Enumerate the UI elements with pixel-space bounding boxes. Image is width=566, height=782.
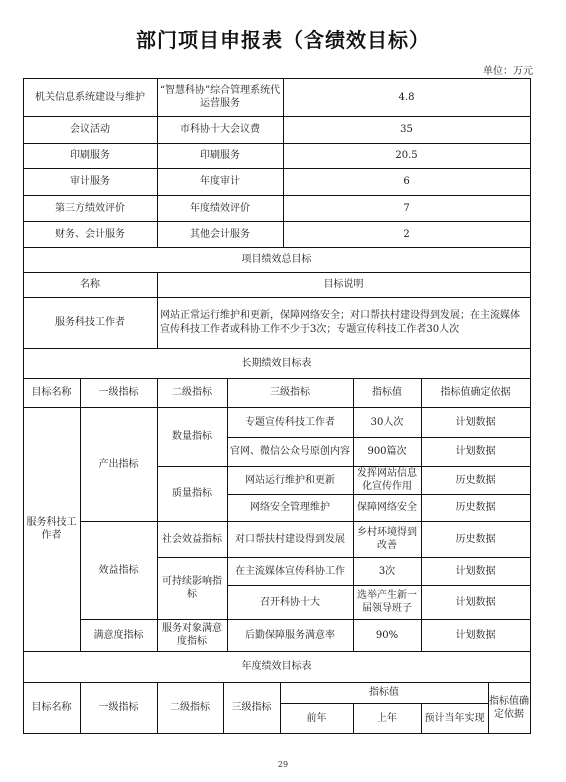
level2-indicator: 社会效益指标 (157, 521, 227, 557)
long-term-goal-name: 服务科技工作者 (23, 407, 80, 651)
indicator-basis: 历史数据 (421, 494, 530, 521)
level3-indicator: 召开科协十大 (227, 585, 353, 619)
col-header: 一级指标 (80, 378, 157, 407)
budget-item: 其他会计服务 (157, 221, 283, 247)
col-header: 二级指标 (157, 378, 227, 407)
col-header: 指标值确定依据 (421, 378, 530, 407)
level2-indicator: 质量指标 (157, 466, 227, 521)
annual-col-header: 目标名称 (23, 682, 80, 733)
indicator-value: 保障网络安全 (353, 494, 421, 521)
annual-col-header: 一级指标 (80, 682, 157, 733)
budget-amount: 6 (283, 168, 530, 195)
indicator-value: 30人次 (353, 407, 421, 437)
budget-item: 年度绩效评价 (157, 195, 283, 221)
budget-amount: 4.8 (283, 78, 530, 116)
goal-name: 服务科技工作者 (23, 297, 157, 348)
goal-description: 网站正常运行维护和更新，保障网络安全；对口帮扶村建设得到发展；在主流媒体宣传科技… (157, 297, 530, 348)
level2-indicator: 可持续影响指标 (157, 557, 227, 619)
budget-item: “智慧科协”综合管理系统代运营服务 (157, 78, 283, 116)
indicator-value: 乡村环境得到改善 (353, 521, 421, 557)
indicator-basis: 计划数据 (421, 585, 530, 619)
rule (530, 651, 531, 733)
level3-indicator: 在主流媒体宣传科协工作 (227, 557, 353, 585)
long-term-title: 长期绩效目标表 (23, 348, 530, 378)
budget-item: 印刷服务 (157, 143, 283, 168)
level3-indicator: 对口帮扶村建设得到发展 (227, 521, 353, 557)
level3-indicator: 官网、微信公众号原创内容 (227, 437, 353, 466)
indicator-value: 3次 (353, 557, 421, 585)
budget-category: 第三方绩效评价 (23, 195, 157, 221)
indicator-value: 900篇次 (353, 437, 421, 466)
rule (530, 78, 531, 660)
indicator-value: 发挥网站信息化宣传作用 (353, 466, 421, 494)
goal-desc-header: 目标说明 (157, 272, 530, 297)
budget-category: 印刷服务 (23, 143, 157, 168)
budget-category: 会议活动 (23, 116, 157, 143)
overall-goal-title: 项目绩效总目标 (23, 247, 530, 272)
annual-subheader: 预计当年实现 (421, 703, 488, 733)
indicator-value: 选举产生新一届领导班子 (353, 585, 421, 619)
annual-subheader: 前年 (280, 703, 353, 733)
indicator-basis: 计划数据 (421, 619, 530, 651)
budget-amount: 20.5 (283, 143, 530, 168)
level2-indicator: 数量指标 (157, 407, 227, 466)
annual-title: 年度绩效目标表 (23, 651, 530, 682)
level1-indicator: 满意度指标 (80, 619, 157, 651)
budget-item: 市科协十大会议费 (157, 116, 283, 143)
goal-name-header: 名称 (23, 272, 157, 297)
budget-category: 财务、会计服务 (23, 221, 157, 247)
level3-indicator: 后勤保障服务满意率 (227, 619, 353, 651)
page-number: 29 (0, 760, 566, 769)
col-header: 指标值 (353, 378, 421, 407)
budget-item: 年度审计 (157, 168, 283, 195)
annual-col-header: 指标值确定依据 (488, 682, 530, 733)
level3-indicator: 网站运行维护和更新 (227, 466, 353, 494)
level2-indicator: 服务对象满意度指标 (157, 619, 227, 651)
budget-category: 机关信息系统建设与维护 (23, 78, 157, 116)
rule (23, 733, 531, 734)
indicator-basis: 历史数据 (421, 521, 530, 557)
indicator-basis: 计划数据 (421, 557, 530, 585)
level3-indicator: 网络安全管理维护 (227, 494, 353, 521)
indicator-value: 90% (353, 619, 421, 651)
budget-amount: 7 (283, 195, 530, 221)
annual-subheader: 上年 (353, 703, 421, 733)
level1-indicator: 效益指标 (80, 521, 157, 619)
indicator-basis: 计划数据 (421, 407, 530, 437)
unit-label: 单位：万元 (483, 62, 533, 77)
budget-amount: 35 (283, 116, 530, 143)
level1-indicator: 产出指标 (80, 407, 157, 521)
annual-col-header: 三级指标 (223, 682, 280, 733)
annual-col-header: 指标值 (280, 682, 488, 703)
annual-col-header: 二级指标 (157, 682, 223, 733)
page-title: 部门项目申报表（含绩效目标） (0, 24, 566, 53)
indicator-basis: 计划数据 (421, 437, 530, 466)
col-header: 三级指标 (227, 378, 353, 407)
budget-amount: 2 (283, 221, 530, 247)
col-header: 目标名称 (23, 378, 80, 407)
budget-category: 审计服务 (23, 168, 157, 195)
indicator-basis: 历史数据 (421, 466, 530, 494)
level3-indicator: 专题宣传科技工作者 (227, 407, 353, 437)
